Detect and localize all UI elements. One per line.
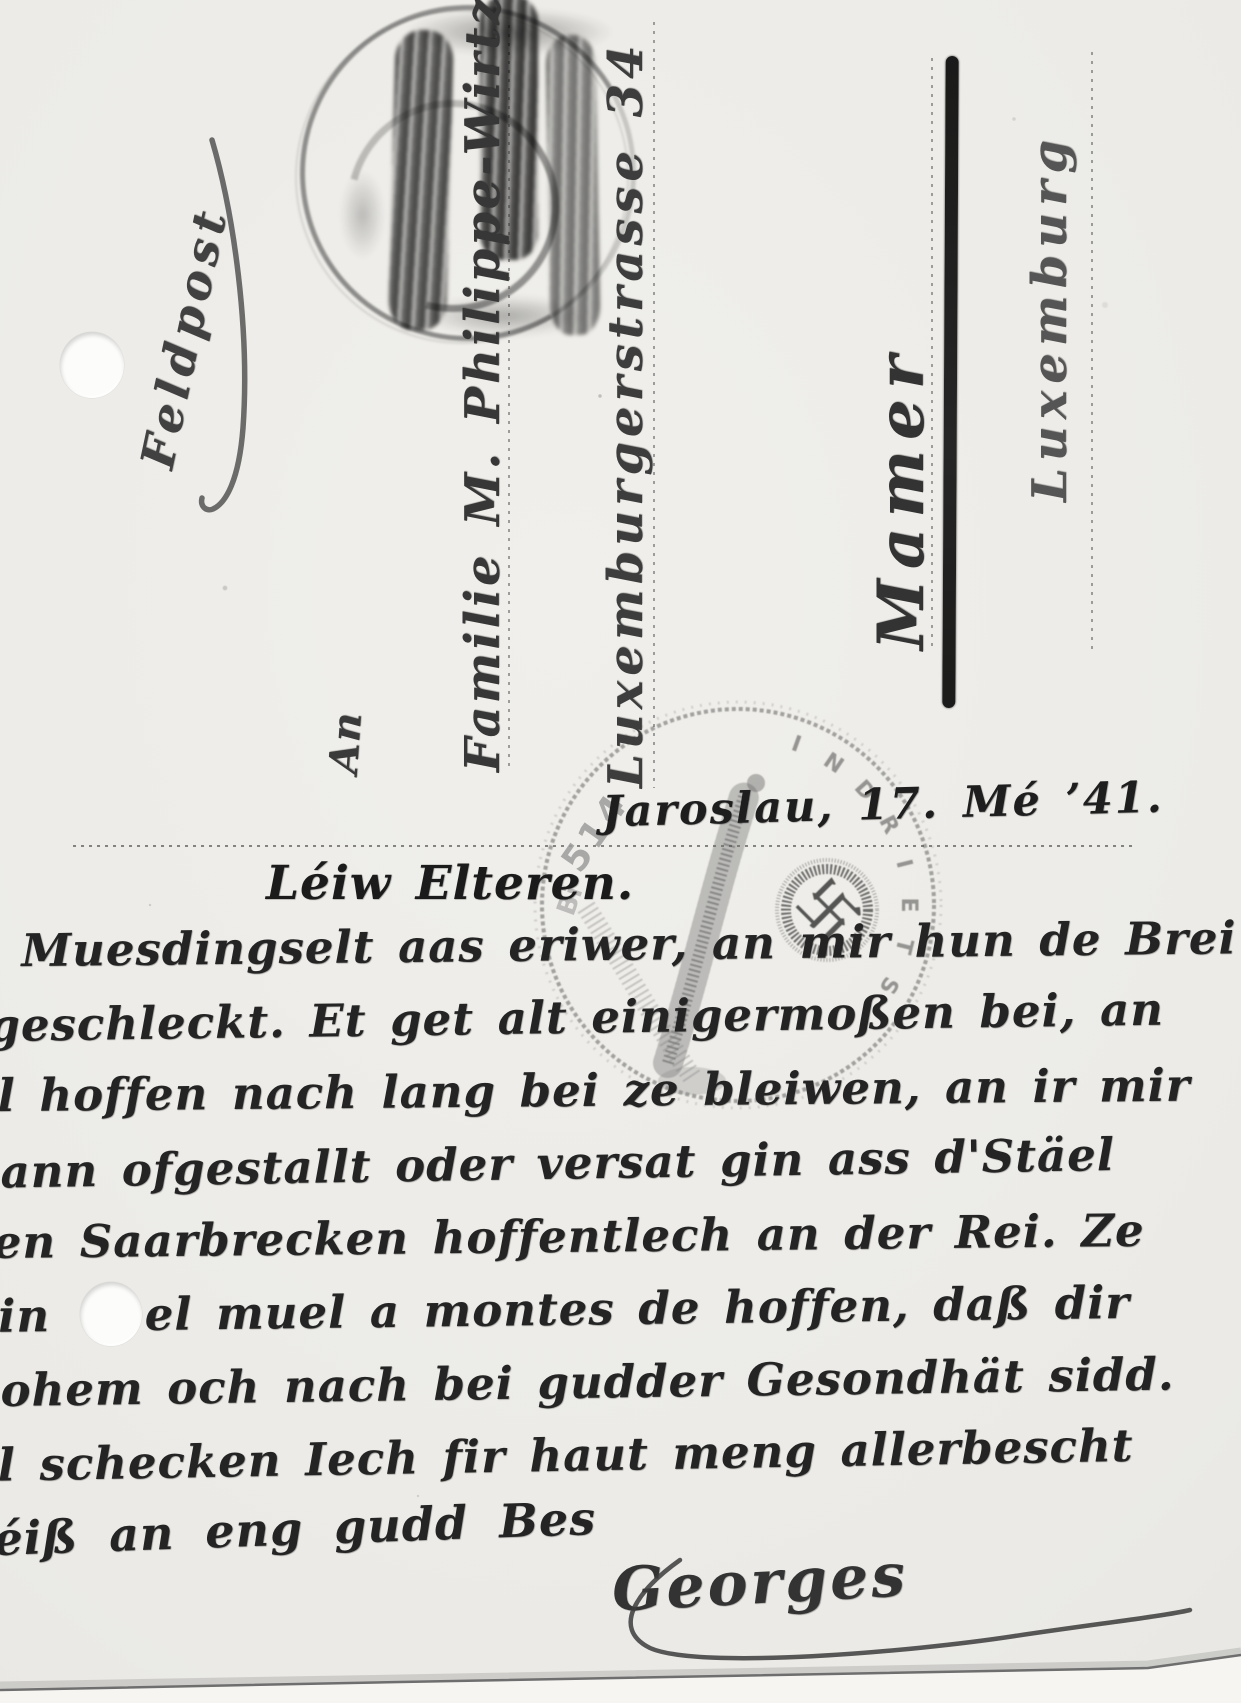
postmark-ink-blob bbox=[340, 170, 385, 260]
svg-text:I: I bbox=[890, 857, 916, 871]
message-line: dohem och nach bei gudder Gesondhät sidd… bbox=[0, 1348, 1175, 1418]
postmark-ink-smear bbox=[545, 35, 600, 336]
svg-text:I: I bbox=[788, 731, 804, 757]
address-street-line: Luxemburgerstrasse 34 bbox=[598, 23, 660, 788]
scanner-background bbox=[0, 1655, 1241, 1703]
message-greeting: Léiw Elteren. bbox=[266, 856, 634, 911]
svg-text:E: E bbox=[896, 897, 921, 912]
message-line: dann ofgestallt oder versat gin ass d'St… bbox=[0, 1128, 1115, 1199]
message-line: réiß an eng gudd Bes bbox=[0, 1491, 597, 1567]
svg-text:N: N bbox=[819, 748, 848, 779]
feldpost-marking: Feldpost bbox=[130, 129, 261, 474]
address-family-line: Familie M. Philippe-Wirtz bbox=[455, 27, 517, 772]
town-underline-stroke bbox=[942, 56, 958, 708]
scanned-postcard: 514 Bi I N D R I E T S 卐 Feldpost An Fam… bbox=[0, 0, 1241, 1703]
message-line: el hoffen nach lang bei ze bleiwen, an i… bbox=[0, 1059, 1191, 1123]
message-line: ren Saarbrecken hoffentlech an der Rei. … bbox=[0, 1204, 1145, 1269]
address-to-prefix: An bbox=[320, 667, 382, 776]
edge-shadow bbox=[0, 1651, 1241, 1685]
edge-line bbox=[0, 1655, 1241, 1690]
message-line: fgeschleckt. Et get alt einigermoßen bei… bbox=[0, 983, 1164, 1053]
punch-hole-bottom bbox=[80, 1282, 142, 1346]
address-country: Luxemburg bbox=[1022, 112, 1094, 502]
message-signature: Georges bbox=[610, 1540, 909, 1625]
postmark-ink-smear bbox=[388, 29, 454, 330]
message-line: äin el muel a montes de hoffen, daß dir bbox=[0, 1276, 1130, 1343]
message-line: el schecken Iech fir haut meng allerbesc… bbox=[0, 1419, 1134, 1492]
message-line: e Muesdingselt aas eriwer, an mir hun de… bbox=[0, 911, 1237, 977]
punch-hole-top bbox=[60, 332, 124, 398]
address-town: Mamer bbox=[864, 270, 944, 650]
